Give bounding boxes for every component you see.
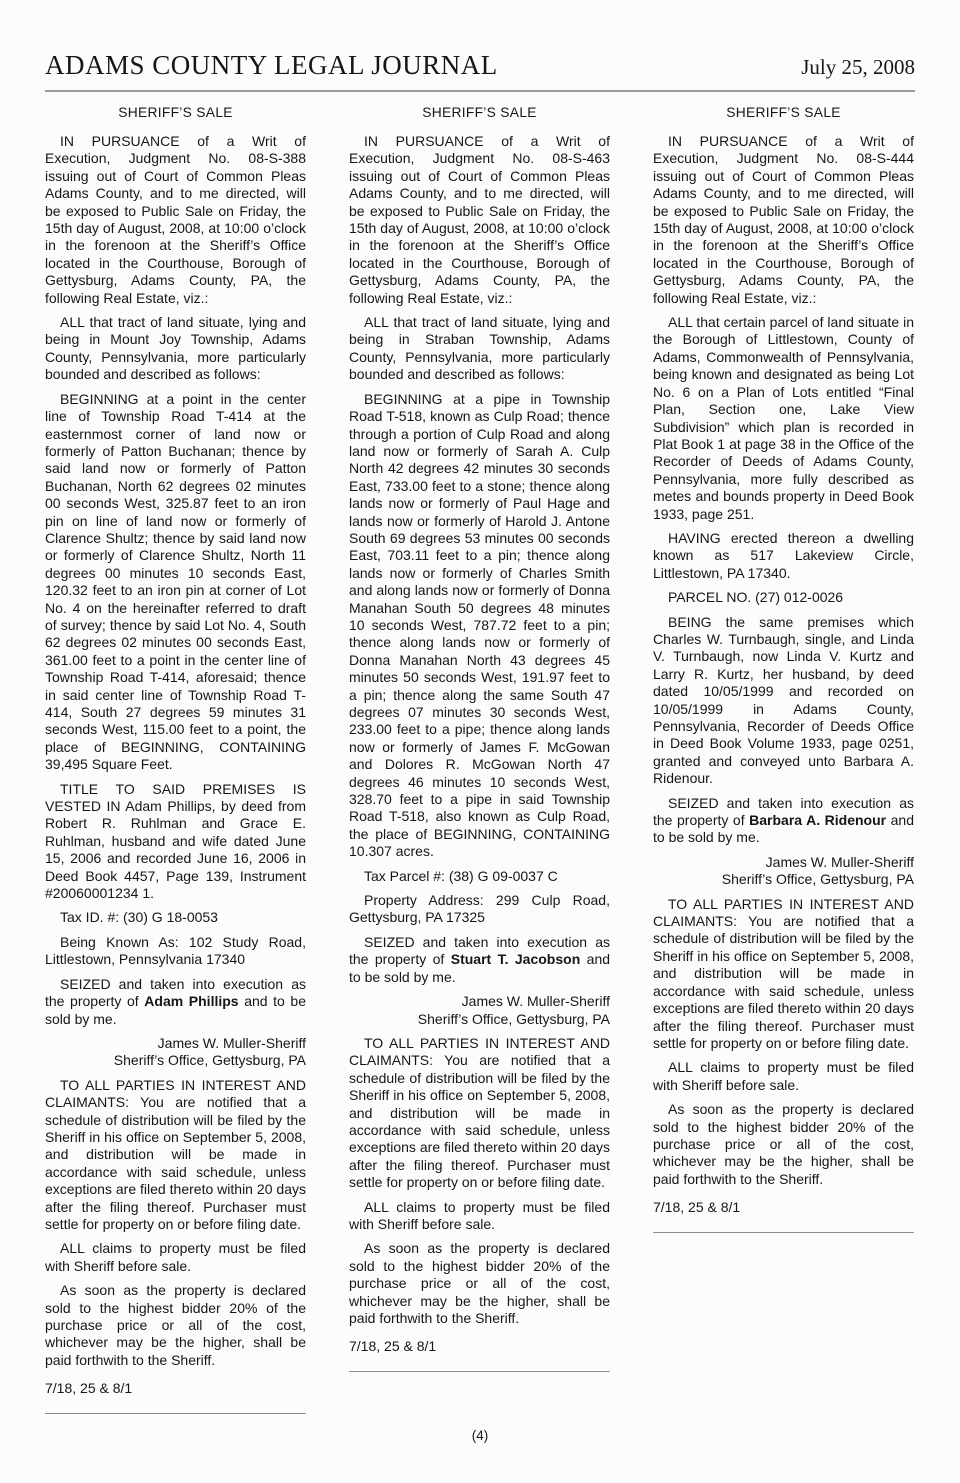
publication-dates: 7/18, 25 & 8/1 (349, 1338, 610, 1355)
defendant-name: Adam Phillips (144, 993, 238, 1009)
signature-line: James W. Muller-Sheriff (349, 993, 610, 1010)
notice-paragraph: ALL that tract of land situate, lying an… (349, 314, 610, 384)
notice-paragraph: Property Address: 299 Culp Road, Gettysb… (349, 892, 610, 927)
notice-paragraph: TO ALL PARTIES IN INTEREST AND CLAIMANTS… (349, 1035, 610, 1192)
notice-heading: SHERIFF’S SALE (45, 105, 306, 120)
signature-line: Sheriff’s Office, Gettysburg, PA (349, 1011, 610, 1028)
signature-line: James W. Muller-Sheriff (45, 1035, 306, 1052)
publication-dates: 7/18, 25 & 8/1 (653, 1199, 914, 1216)
seized-paragraph: SEIZED and taken into execution as the p… (653, 795, 914, 847)
notice-paragraph: TO ALL PARTIES IN INTEREST AND CLAIMANTS… (653, 896, 914, 1053)
defendant-name: Barbara A. Ridenour (749, 812, 886, 828)
notice-paragraph: ALL that certain parcel of land situate … (653, 314, 914, 523)
notice-end-rule (653, 1232, 914, 1233)
notice-paragraph: Tax ID. #: (30) G 18-0053 (45, 909, 306, 926)
notice-column-2: SHERIFF’S SALEIN PURSUANCE of a Writ of … (349, 105, 610, 1414)
seized-paragraph: SEIZED and taken into execution as the p… (349, 934, 610, 986)
publication-dates: 7/18, 25 & 8/1 (45, 1380, 306, 1397)
notice-paragraph: TO ALL PARTIES IN INTEREST AND CLAIMANTS… (45, 1077, 306, 1234)
page-number: (4) (0, 1428, 960, 1443)
journal-page: ADAMS COUNTY LEGAL JOURNAL July 25, 2008… (0, 0, 960, 1483)
notice-columns: SHERIFF’S SALEIN PURSUANCE of a Writ of … (0, 92, 960, 1414)
notice-heading: SHERIFF’S SALE (349, 105, 610, 120)
notice-column-3: SHERIFF’S SALEIN PURSUANCE of a Writ of … (653, 105, 914, 1414)
notice-paragraph: BEGINNING at a pipe in Township Road T-5… (349, 391, 610, 861)
notice-column-1: SHERIFF’S SALEIN PURSUANCE of a Writ of … (45, 105, 306, 1414)
notice-end-rule (349, 1371, 610, 1372)
defendant-name: Stuart T. Jacobson (451, 951, 581, 967)
notice-paragraph: Being Known As: 102 Study Road, Littlest… (45, 934, 306, 969)
signature-line: James W. Muller-Sheriff (653, 854, 914, 871)
notice-paragraph: ALL that tract of land situate, lying an… (45, 314, 306, 384)
notice-paragraph: HAVING erected thereon a dwelling known … (653, 530, 914, 582)
notice-paragraph: IN PURSUANCE of a Writ of Execution, Jud… (349, 133, 610, 307)
notice-paragraph: ALL claims to property must be filed wit… (653, 1059, 914, 1094)
notice-paragraph: IN PURSUANCE of a Writ of Execution, Jud… (45, 133, 306, 307)
journal-title: ADAMS COUNTY LEGAL JOURNAL (45, 50, 498, 81)
sheriff-signature: James W. Muller-SheriffSheriff’s Office,… (653, 854, 914, 889)
seized-paragraph: SEIZED and taken into execution as the p… (45, 976, 306, 1028)
notice-paragraph: IN PURSUANCE of a Writ of Execution, Jud… (653, 133, 914, 307)
notice-paragraph: Tax Parcel #: (38) G 09-0037 C (349, 868, 610, 885)
notice-paragraph: PARCEL NO. (27) 012-0026 (653, 589, 914, 606)
signature-line: Sheriff’s Office, Gettysburg, PA (653, 871, 914, 888)
notice-paragraph: ALL claims to property must be filed wit… (45, 1240, 306, 1275)
notice-paragraph: ALL claims to property must be filed wit… (349, 1199, 610, 1234)
notice-heading: SHERIFF’S SALE (653, 105, 914, 120)
notice-end-rule (45, 1413, 306, 1414)
masthead: ADAMS COUNTY LEGAL JOURNAL July 25, 2008 (0, 0, 960, 81)
signature-line: Sheriff’s Office, Gettysburg, PA (45, 1052, 306, 1069)
sheriff-signature: James W. Muller-SheriffSheriff’s Office,… (45, 1035, 306, 1070)
issue-date: July 25, 2008 (801, 55, 915, 80)
notice-paragraph: As soon as the property is declared sold… (349, 1240, 610, 1327)
notice-paragraph: TITLE TO SAID PREMISES IS VESTED IN Adam… (45, 781, 306, 903)
notice-paragraph: BEGINNING at a point in the center line … (45, 391, 306, 774)
notice-paragraph: As soon as the property is declared sold… (45, 1282, 306, 1369)
notice-paragraph: BEING the same premises which Charles W.… (653, 614, 914, 788)
notice-paragraph: As soon as the property is declared sold… (653, 1101, 914, 1188)
sheriff-signature: James W. Muller-SheriffSheriff’s Office,… (349, 993, 610, 1028)
